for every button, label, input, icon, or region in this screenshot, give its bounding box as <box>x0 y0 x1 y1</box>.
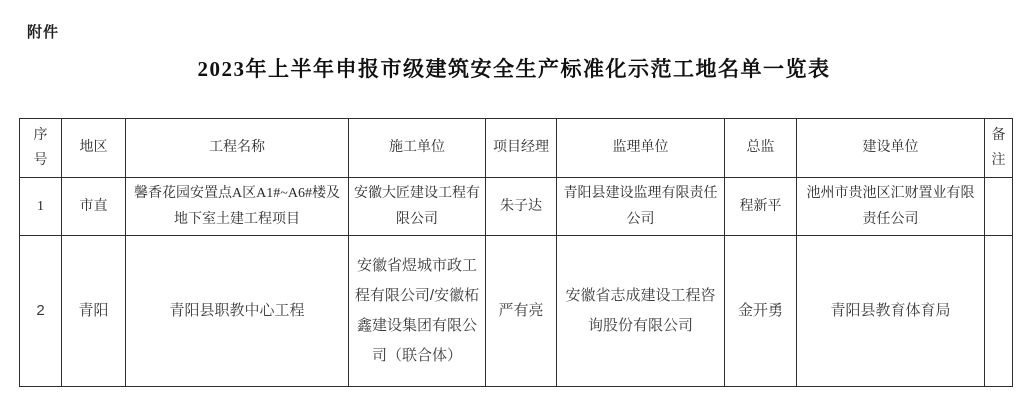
cell-project-manager: 朱子达 <box>486 178 557 236</box>
col-header-supervision-unit: 监理单位 <box>557 119 725 178</box>
col-header-project-manager: 项目经理 <box>486 119 557 178</box>
table-row: 2 青阳 青阳县职教中心工程 安徽省煜城市政工程有限公司/安徽柘鑫建设集团有限公… <box>20 236 1013 387</box>
cell-owner-unit: 青阳县教育体育局 <box>797 236 985 387</box>
cell-serial: 1 <box>20 178 62 236</box>
cell-region: 青阳 <box>62 236 126 387</box>
col-header-region: 地区 <box>62 119 126 178</box>
page-title: 2023年上半年申报市级建筑安全生产标准化示范工地名单一览表 <box>0 53 1028 83</box>
col-header-remarks: 备注 <box>985 119 1013 178</box>
cell-region: 市直 <box>62 178 126 236</box>
col-header-remarks-label: 备注 <box>991 123 1006 173</box>
cell-project-name: 青阳县职教中心工程 <box>126 236 349 387</box>
table-row: 1 市直 馨香花园安置点A区A1#~A6#楼及地下室土建工程项目 安徽大匠建设工… <box>20 178 1013 236</box>
cell-supervision-unit: 青阳县建设监理有限责任公司 <box>557 178 725 236</box>
attachment-label: 附件 <box>27 21 59 42</box>
document-page: 附件 2023年上半年申报市级建筑安全生产标准化示范工地名单一览表 序号 地区 … <box>0 0 1028 395</box>
cell-construction-unit: 安徽大匠建设工程有限公司 <box>349 178 486 236</box>
cell-owner-unit: 池州市贵池区汇财置业有限责任公司 <box>797 178 985 236</box>
cell-remarks <box>985 178 1013 236</box>
col-header-serial-label: 序号 <box>33 123 48 173</box>
col-header-construction-unit: 施工单位 <box>349 119 486 178</box>
table-header-row: 序号 地区 工程名称 施工单位 项目经理 监理单位 总监 建设单位 备注 <box>20 119 1013 178</box>
cell-project-name: 馨香花园安置点A区A1#~A6#楼及地下室土建工程项目 <box>126 178 349 236</box>
demonstration-site-table: 序号 地区 工程名称 施工单位 项目经理 监理单位 总监 建设单位 备注 1 市… <box>19 118 1013 387</box>
col-header-chief-supervisor: 总监 <box>725 119 797 178</box>
cell-project-manager: 严有亮 <box>486 236 557 387</box>
cell-construction-unit: 安徽省煜城市政工程有限公司/安徽柘鑫建设集团有限公司（联合体） <box>349 236 486 387</box>
cell-serial: 2 <box>20 236 62 387</box>
col-header-owner-unit: 建设单位 <box>797 119 985 178</box>
cell-chief-supervisor: 程新平 <box>725 178 797 236</box>
cell-chief-supervisor: 金开勇 <box>725 236 797 387</box>
cell-supervision-unit: 安徽省志成建设工程咨询股份有限公司 <box>557 236 725 387</box>
cell-remarks <box>985 236 1013 387</box>
col-header-project-name: 工程名称 <box>126 119 349 178</box>
col-header-serial: 序号 <box>20 119 62 178</box>
